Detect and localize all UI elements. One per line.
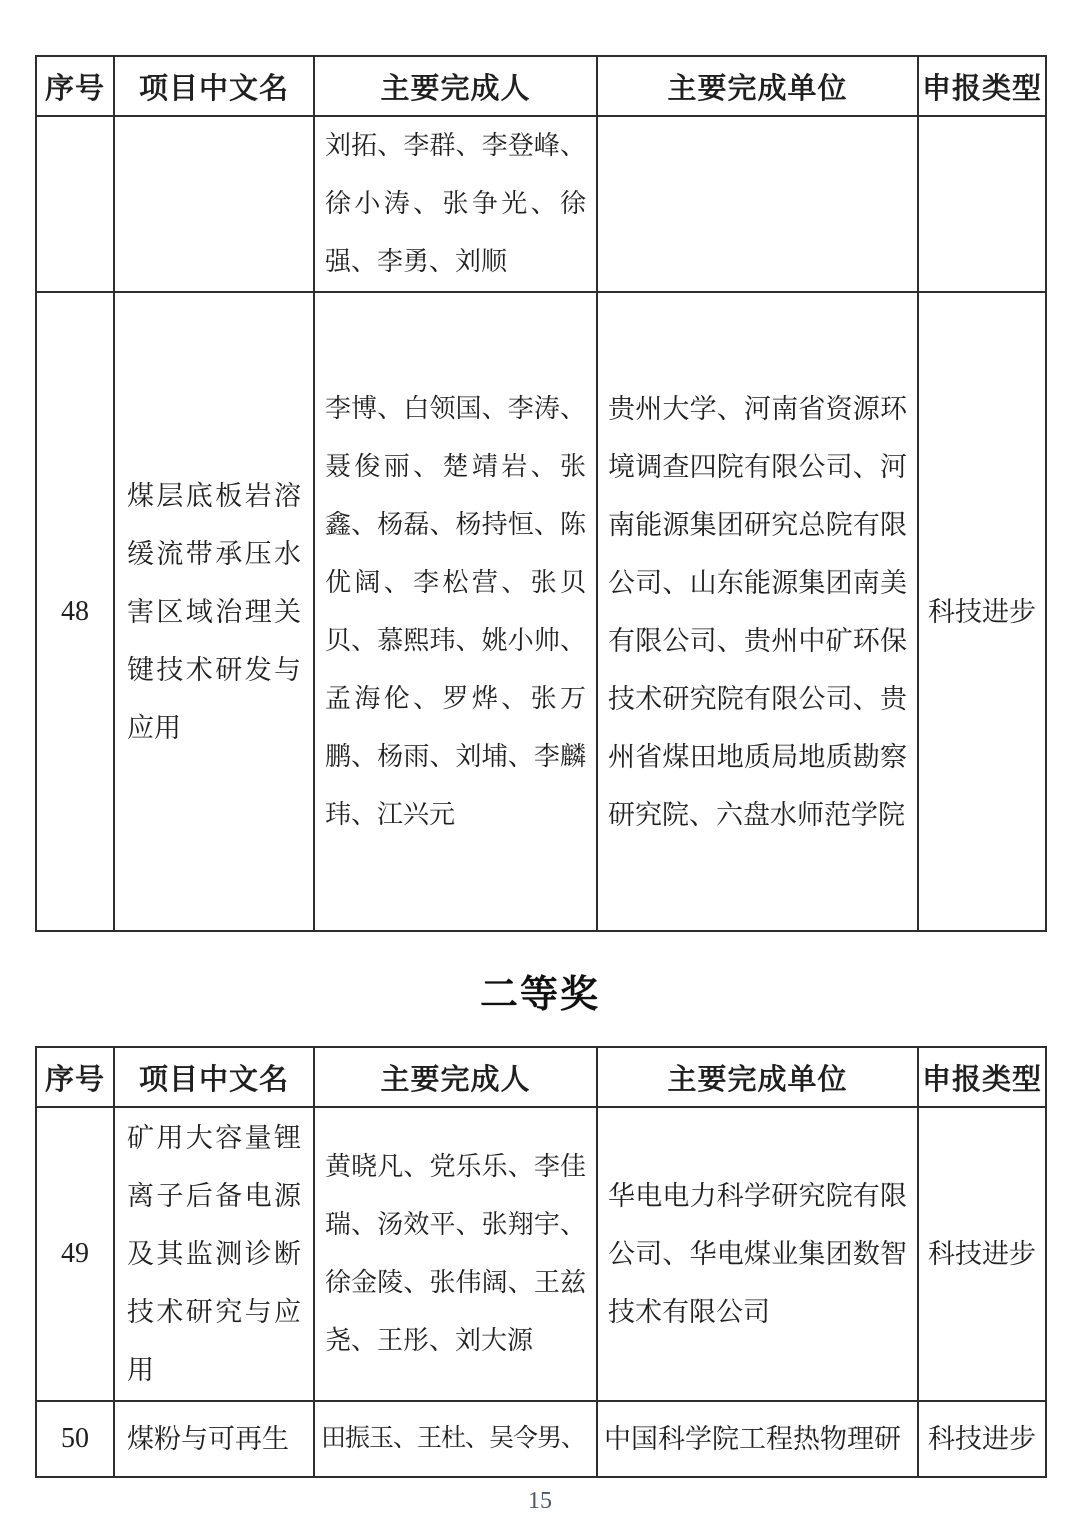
column-header-seq: 序号 <box>36 56 114 116</box>
cell-units: 华电电力科学研究院有限公司、华电煤业集团数智技术有限公司 <box>597 1107 918 1401</box>
page-number: 15 <box>0 1488 1080 1515</box>
cell-seq: 50 <box>36 1401 114 1477</box>
table-row: 48 煤层底板岩溶缓流带承压水害区域治理关键技术研发与应用 李博、白领国、李涛、… <box>36 292 1046 931</box>
column-header-people: 主要完成人 <box>314 1047 597 1107</box>
column-header-units: 主要完成单位 <box>597 1047 918 1107</box>
cell-type <box>918 116 1046 292</box>
cell-type: 科技进步 <box>918 292 1046 931</box>
column-header-people: 主要完成人 <box>314 56 597 116</box>
cell-project <box>114 116 314 292</box>
cell-people: 田振玉、王杜、吴令男、 <box>314 1401 597 1477</box>
table-header-row: 序号 项目中文名 主要完成人 主要完成单位 申报类型 <box>36 1047 1046 1107</box>
cell-type: 科技进步 <box>918 1401 1046 1477</box>
table-header-row: 序号 项目中文名 主要完成人 主要完成单位 申报类型 <box>36 56 1046 116</box>
document-page: 序号 项目中文名 主要完成人 主要完成单位 申报类型 刘拓、李群、李登峰、徐小涛… <box>0 0 1080 1527</box>
cell-project: 煤粉与可再生 <box>114 1401 314 1477</box>
table-row: 50 煤粉与可再生 田振玉、王杜、吴令男、 中国科学院工程热物理研 科技进步 <box>36 1401 1046 1477</box>
cell-units <box>597 116 918 292</box>
cell-units: 中国科学院工程热物理研 <box>597 1401 918 1477</box>
cell-seq: 49 <box>36 1107 114 1401</box>
table-row: 刘拓、李群、李登峰、徐小涛、张争光、徐强、李勇、刘顺 <box>36 116 1046 292</box>
section-heading-second-prize: 二等奖 <box>0 972 1080 1018</box>
column-header-type: 申报类型 <box>918 56 1046 116</box>
award-table-second: 序号 项目中文名 主要完成人 主要完成单位 申报类型 49 矿用大容量锂离子后备… <box>35 1046 1047 1478</box>
cell-seq: 48 <box>36 292 114 931</box>
table-row: 49 矿用大容量锂离子后备电源及其监测诊断技术研究与应用 黄晓凡、党乐乐、李佳瑞… <box>36 1107 1046 1401</box>
cell-people: 刘拓、李群、李登峰、徐小涛、张争光、徐强、李勇、刘顺 <box>314 116 597 292</box>
cell-project: 矿用大容量锂离子后备电源及其监测诊断技术研究与应用 <box>114 1107 314 1401</box>
cell-project: 煤层底板岩溶缓流带承压水害区域治理关键技术研发与应用 <box>114 292 314 931</box>
column-header-project: 项目中文名 <box>114 1047 314 1107</box>
cell-type: 科技进步 <box>918 1107 1046 1401</box>
column-header-type: 申报类型 <box>918 1047 1046 1107</box>
column-header-units: 主要完成单位 <box>597 56 918 116</box>
cell-people: 李博、白领国、李涛、聂俊丽、楚靖岩、张鑫、杨磊、杨持恒、陈优阔、李松营、张贝贝、… <box>314 292 597 931</box>
cell-people: 黄晓凡、党乐乐、李佳瑞、汤效平、张翔宇、徐金陵、张伟阔、王兹尧、王彤、刘大源 <box>314 1107 597 1401</box>
award-table-first: 序号 项目中文名 主要完成人 主要完成单位 申报类型 刘拓、李群、李登峰、徐小涛… <box>35 55 1047 932</box>
cell-seq <box>36 116 114 292</box>
column-header-project: 项目中文名 <box>114 56 314 116</box>
cell-units: 贵州大学、河南省资源环境调查四院有限公司、河南能源集团研究总院有限公司、山东能源… <box>597 292 918 931</box>
column-header-seq: 序号 <box>36 1047 114 1107</box>
